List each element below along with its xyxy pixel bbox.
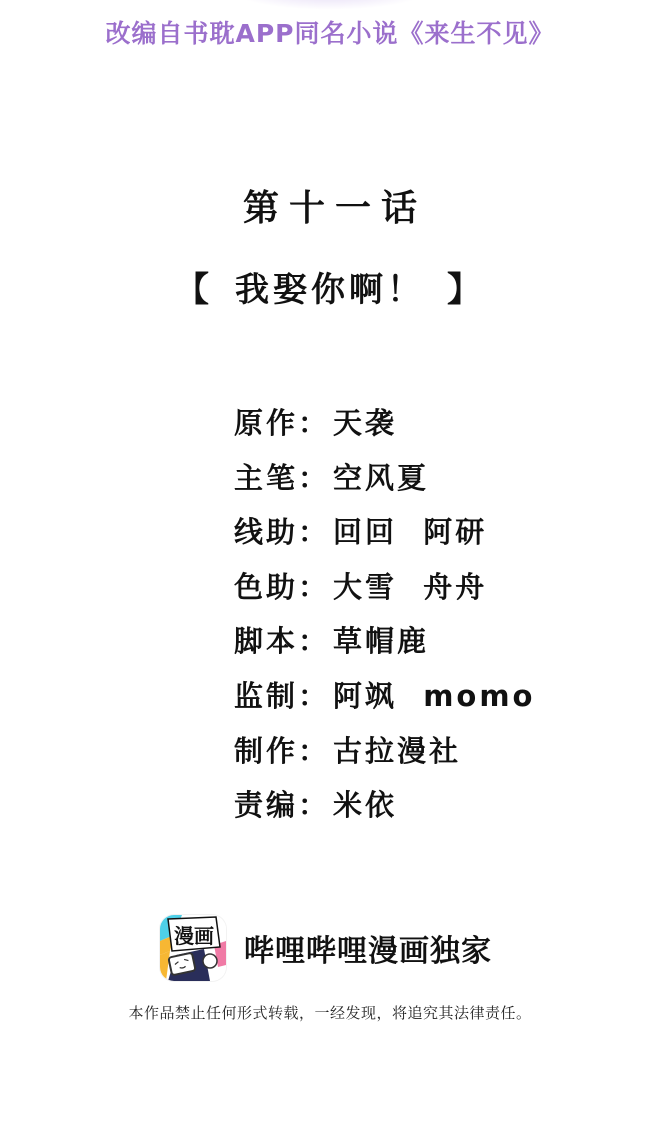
credit-role: 责编：	[234, 786, 333, 824]
bracket-open: 【	[175, 262, 213, 311]
credit-value: 古拉漫社	[333, 732, 461, 770]
credit-row-original-author: 原作： 天袭	[234, 404, 594, 459]
credit-value: 米依	[333, 786, 397, 824]
credit-role: 制作：	[234, 732, 333, 770]
bilibili-comics-app-icon: 漫画	[160, 915, 226, 981]
chapter-title: 【我娶你啊！】	[0, 262, 660, 311]
credit-row-script: 脚本： 草帽鹿	[234, 622, 594, 677]
credit-role: 线助：	[234, 513, 333, 551]
top-glow-decoration	[230, 0, 430, 10]
credit-value: 草帽鹿	[333, 622, 429, 660]
copyright-notice: 本作品禁止任何形式转载，一经发现，将追究其法律责任。	[0, 1002, 660, 1023]
credit-row-production: 制作： 古拉漫社	[234, 732, 594, 787]
credit-role: 原作：	[234, 404, 333, 442]
brand-label: 哔哩哔哩漫画独家	[244, 926, 492, 970]
credit-row-editor: 责编： 米依	[234, 786, 594, 841]
source-note: 改编自书耽APP同名小说《来生不见》	[0, 14, 660, 50]
credit-value: 天袭	[333, 404, 397, 442]
credit-value: 空风夏	[333, 459, 429, 497]
credit-row-color-assistant: 色助： 大雪 舟舟	[234, 568, 594, 623]
chapter-title-text: 我娶你啊！	[235, 262, 425, 311]
credit-value: 阿飒 momo	[333, 677, 535, 715]
credit-row-lead-artist: 主笔： 空风夏	[234, 459, 594, 514]
chapter-number: 第十一话	[0, 180, 660, 231]
credit-role: 脚本：	[234, 622, 333, 660]
credit-value: 大雪 舟舟	[333, 568, 487, 606]
app-icon-text: 漫画	[174, 924, 214, 948]
credit-role: 主笔：	[234, 459, 333, 497]
bracket-close: 】	[447, 262, 485, 311]
brand-block: 漫画 哔哩哔哩漫画独家	[160, 915, 492, 981]
credit-role: 色助：	[234, 568, 333, 606]
credit-row-supervisor: 监制： 阿飒 momo	[234, 677, 594, 732]
credit-value: 回回 阿研	[333, 513, 487, 551]
credit-role: 监制：	[234, 677, 333, 715]
credit-row-line-assistant: 线助： 回回 阿研	[234, 513, 594, 568]
credits-list: 原作： 天袭 主笔： 空风夏 线助： 回回 阿研 色助： 大雪 舟舟 脚本： 草…	[234, 404, 594, 841]
